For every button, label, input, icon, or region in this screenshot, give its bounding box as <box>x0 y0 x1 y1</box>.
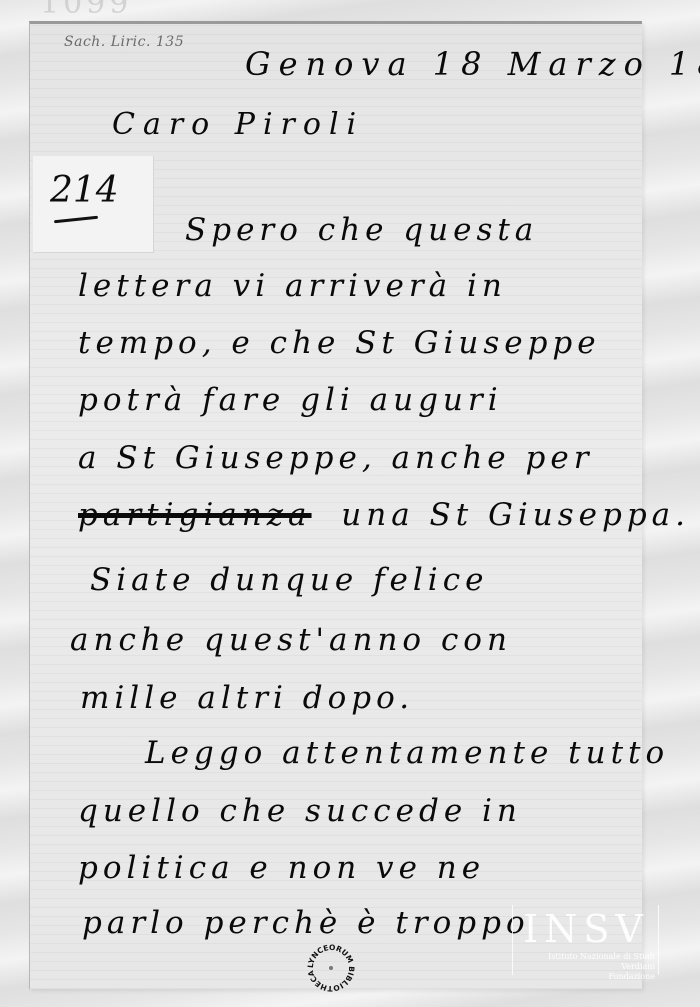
letter-salutation: Caro Piroli <box>112 107 364 142</box>
watermark-caption-line-2: Fondazione <box>515 972 655 982</box>
watermark-caption-line-1: Istituto Nazionale di Studi Verdiani <box>515 952 655 972</box>
archive-pencil-note: Sach. Liric. 135 <box>64 34 184 50</box>
letter-line-2: lettera vi arriverà in <box>78 268 507 304</box>
letter-line-7: Siate dunque felice <box>90 562 488 598</box>
letter-line-10: Leggo attentamente tutto <box>145 735 669 771</box>
letter-line-12: politica e non ve ne <box>78 850 485 886</box>
letter-line-9: mille altri dopo. <box>80 680 414 716</box>
watermark-logo: INSV <box>521 907 651 951</box>
letter-line-6: partigianza una St Giuseppa. <box>78 497 690 533</box>
letter-line-11: quello che succede in <box>78 793 522 829</box>
letter-line-4: potrà fare gli auguri <box>78 382 503 418</box>
struck-word: partigianza <box>78 497 312 533</box>
reference-number: 214 <box>50 170 119 211</box>
institute-watermark: INSV Istituto Nazionale di Studi Verdian… <box>512 905 659 975</box>
letter-line-13: parlo perchè è troppo <box>82 905 530 941</box>
ghost-folio-number: 1099 <box>40 0 132 21</box>
letter-line-5: a St Giuseppe, anche per <box>78 440 594 476</box>
letter-dateline: Genova 18 Marzo 1839 <box>245 45 700 83</box>
watermark-caption: Istituto Nazionale di Studi Verdiani Fon… <box>515 952 655 982</box>
library-stamp: LYNCEORUM BIBLIOTHECA <box>305 942 357 994</box>
letter-line-6-rest: una St Giuseppa. <box>326 497 690 533</box>
stamp-ring-icon: LYNCEORUM BIBLIOTHECA <box>305 942 357 994</box>
letter-line-8: anche quest'anno con <box>70 622 512 658</box>
letter-line-1: Spero che questa <box>185 212 538 248</box>
letter-line-3: tempo, e che St Giuseppe <box>78 325 601 361</box>
